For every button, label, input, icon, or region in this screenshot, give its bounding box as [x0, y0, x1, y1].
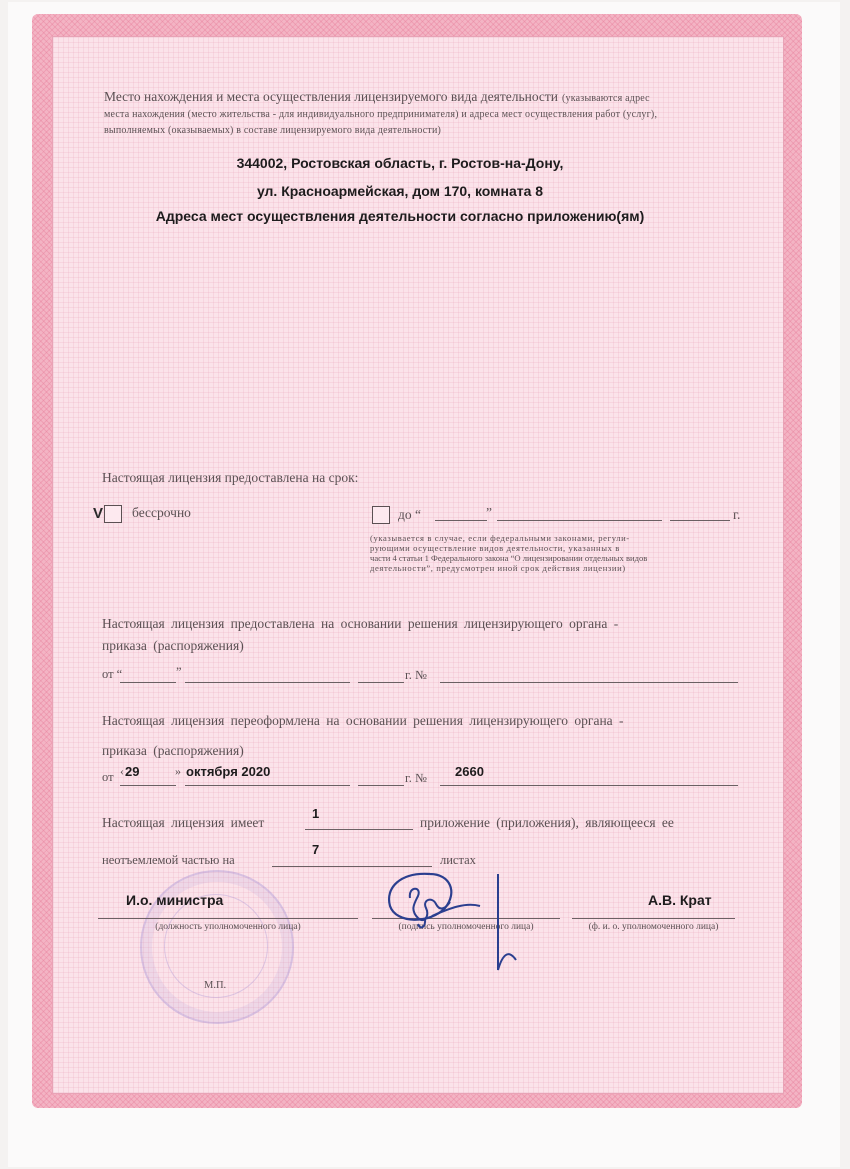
- until-year-suffix: г.: [733, 507, 740, 523]
- location-heading-note: выполняемых (оказываемых) в составе лице…: [104, 125, 441, 136]
- appendix-sheets-before: неотъемлемой частью на: [102, 853, 235, 868]
- appendix-sheets-field: [272, 866, 432, 867]
- reissued-year-suffix: г. №: [405, 771, 427, 786]
- until-day-field[interactable]: [435, 520, 487, 521]
- appendix-text-before: Настоящая лицензия имеет: [102, 815, 264, 831]
- reissued-number-field: [440, 785, 738, 786]
- name-line: [572, 918, 735, 919]
- until-quote-close: ”: [486, 505, 492, 521]
- position-caption: (должность уполномоченного лица): [98, 922, 358, 932]
- reissued-text-line: Настоящая лицензия переоформлена на осно…: [102, 706, 742, 736]
- reissued-number[interactable]: 2660: [455, 764, 484, 779]
- until-label: до “: [398, 507, 421, 523]
- address-line-3: Адреса мест осуществления деятельности с…: [110, 208, 690, 224]
- unlimited-checkbox[interactable]: [104, 505, 122, 523]
- granted-text-line: Настоящая лицензия предоставлена на осно…: [102, 613, 742, 635]
- handwritten-signature: [370, 868, 530, 978]
- reissued-from-label: от: [102, 770, 114, 785]
- granted-quote-close: ”: [176, 665, 182, 680]
- seal-label: М.П.: [204, 980, 226, 991]
- address-line-2: ул. Красноармейская, дом 170, комната 8: [120, 183, 680, 199]
- until-note-line: (указывается в случае, если федеральными…: [370, 533, 740, 543]
- reissued-year-field: [358, 785, 404, 786]
- until-checkbox[interactable]: [372, 506, 390, 524]
- reissued-month-year[interactable]: октября 2020: [186, 764, 270, 779]
- appendix-count-field: [305, 829, 413, 830]
- location-heading-main: Место нахождения и места осуществления л…: [104, 89, 558, 104]
- signatory-name: А.В. Крат: [648, 892, 712, 908]
- term-heading: Настоящая лицензия предоставлена на срок…: [102, 470, 358, 486]
- address-line-1: 344002, Ростовская область, г. Ростов-на…: [120, 155, 680, 171]
- position-line: [98, 918, 358, 919]
- unlimited-label: бессрочно: [132, 505, 191, 521]
- location-heading-note: (указываются адрес: [562, 93, 650, 104]
- reissued-close-quote: »: [175, 764, 181, 779]
- reissued-text: Настоящая лицензия переоформлена на осно…: [102, 706, 742, 766]
- granted-year-field[interactable]: [358, 682, 404, 683]
- granted-text: Настоящая лицензия предоставлена на осно…: [102, 613, 742, 657]
- reissued-text-line: приказа (распоряжения): [102, 736, 742, 766]
- appendix-sheets[interactable]: 7: [312, 842, 319, 857]
- until-note-line: части 4 статьи 1 Федерального закона “О …: [370, 553, 740, 563]
- granted-year-suffix: г. №: [405, 668, 427, 683]
- reissued-open-quote: ‹: [120, 764, 124, 779]
- location-heading-note: места нахождения (место жительства - для…: [104, 109, 657, 120]
- until-note: (указывается в случае, если федеральными…: [370, 533, 740, 573]
- location-heading: Место нахождения и места осуществления л…: [104, 90, 764, 138]
- until-year-field[interactable]: [670, 520, 730, 521]
- granted-month-field[interactable]: [185, 682, 350, 683]
- until-note-line: деятельности”, предусмотрен иной срок де…: [370, 563, 740, 573]
- granted-day-field[interactable]: [120, 682, 176, 683]
- appendix-count[interactable]: 1: [312, 806, 319, 821]
- reissued-day[interactable]: 29: [125, 764, 139, 779]
- name-caption: (ф. и. о. уполномоченного лица): [572, 922, 735, 932]
- reissued-month-field: [185, 785, 350, 786]
- appendix-sheets-after: листах: [440, 853, 476, 868]
- granted-from-label: от “: [102, 667, 122, 682]
- checkmark-icon: V: [93, 505, 103, 522]
- until-note-line: рующими осуществление видов деятельности…: [370, 543, 740, 553]
- granted-number-field[interactable]: [440, 682, 738, 683]
- signatory-position: И.о. министра: [126, 892, 223, 908]
- granted-text-line: приказа (распоряжения): [102, 635, 742, 657]
- reissued-day-field: [120, 785, 176, 786]
- appendix-text-after: приложение (приложения), являющееся ее: [420, 815, 674, 831]
- until-month-field[interactable]: [497, 520, 662, 521]
